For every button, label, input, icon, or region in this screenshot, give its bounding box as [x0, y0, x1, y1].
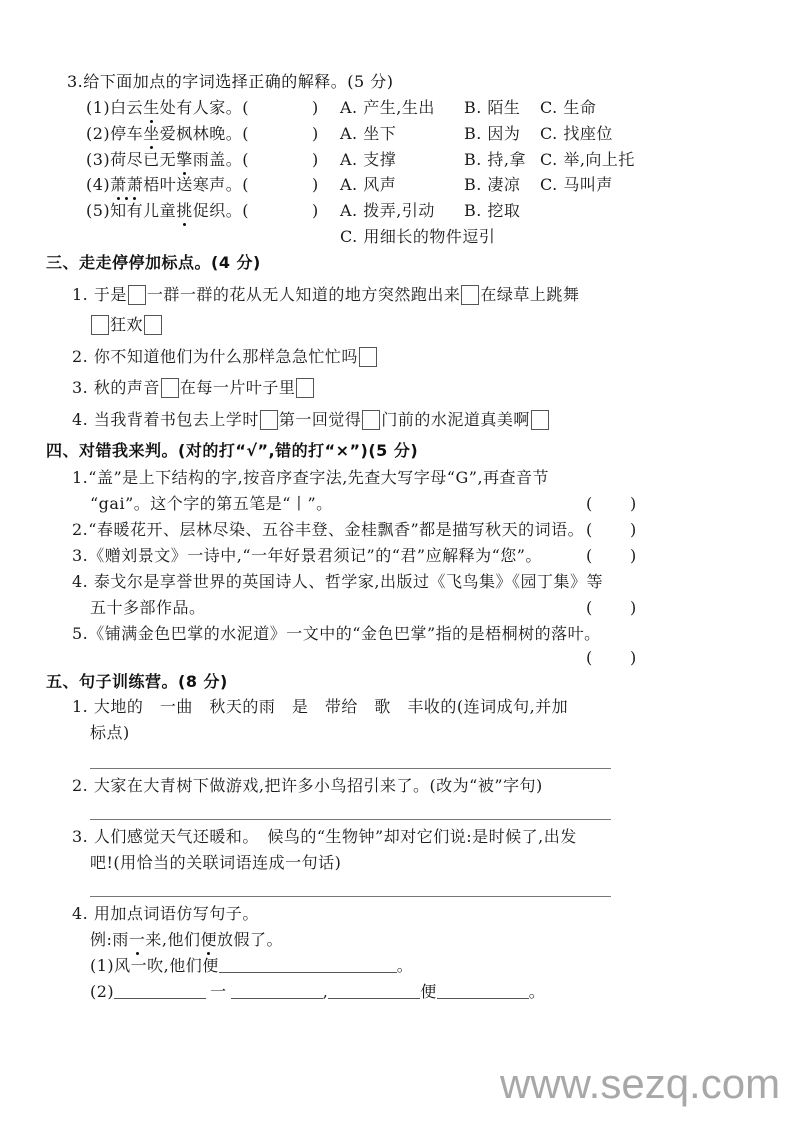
text: 一群一群的花从无人知道的地方突然跑出来 [147, 285, 461, 304]
fill-blank[interactable] [437, 982, 529, 999]
answer-blank-close[interactable]: ) [312, 175, 318, 195]
s5-q3-line2: 吧!(用恰当的关联词语连成一句话) [90, 853, 341, 873]
judge-paren-open[interactable]: ( [586, 648, 592, 668]
dotted-char: 生 [143, 98, 160, 118]
s5-q1-line1: 1. 大地的 一曲 秋天的雨 是 带给 歌 丰收的(连词成句,并加 [72, 697, 568, 717]
dotted-char: 坐 [143, 124, 160, 144]
item-number: (5) [86, 201, 110, 220]
text: 狂欢 [110, 315, 143, 334]
text: 第一回觉得 [279, 410, 362, 429]
dotted-char: 擎 [176, 150, 193, 170]
s4-q4-line1: 4. 泰戈尔是享誉世界的英国诗人、哲学家,出版过《飞鸟集》《园丁集》等 [72, 572, 603, 592]
judge-paren-open[interactable]: ( [586, 598, 592, 618]
item-number: (2) [86, 124, 110, 143]
judge-paren-close[interactable]: ) [630, 648, 636, 668]
option-c: C. 马叫声 [540, 175, 613, 195]
s5-q1-line2: 标点) [90, 723, 130, 743]
s5-q4-2: (2)一,便。 [90, 982, 545, 1002]
s5-q2: 2. 大家在大青树下做游戏,把许多小鸟招引来了。(改为“被”字句) [72, 776, 543, 796]
section-4-heading: 四、对错我来判。(对的打“√”,错的打“×”)(5 分) [46, 441, 418, 461]
answer-blank-close[interactable]: ) [312, 201, 318, 221]
dotted-char: 萧 [127, 175, 144, 195]
answer-line-3[interactable] [90, 896, 611, 897]
item-text: 雨盖。( [193, 150, 249, 169]
punctuation-box[interactable] [260, 410, 278, 430]
text: 在每一片叶子里 [180, 378, 296, 397]
option-c: C. 找座位 [540, 124, 613, 144]
option-a: A. 风声 [340, 175, 396, 195]
text: 4. 当我背着书包去上学时 [72, 410, 259, 429]
option-b: B. 持,拿 [464, 150, 526, 170]
judge-paren-open[interactable]: ( [586, 520, 592, 540]
judge-paren-close[interactable]: ) [630, 520, 636, 540]
s3-q1-line2: 狂欢 [90, 315, 163, 335]
text: 。 [397, 956, 414, 975]
text: 门前的水泥道真美啊 [381, 410, 530, 429]
judge-paren-close[interactable]: ) [630, 546, 636, 566]
option-a: A. 支撑 [340, 150, 396, 170]
option-a: A. 产生,生出 [340, 98, 435, 118]
item-text: 促织。( [193, 201, 249, 220]
s4-q4-line2: 五十多部作品。 [90, 598, 206, 618]
text: 便 [420, 982, 437, 1001]
option-c: C. 生命 [540, 98, 596, 118]
dotted-char: 挑 [176, 201, 193, 221]
option-b: B. 因为 [464, 124, 520, 144]
text: 2. 你不知道他们为什么那样急急忙忙吗 [72, 347, 358, 366]
s5-q4-1: (1)风一吹,他们便。 [90, 956, 413, 976]
item-text: 爱枫林晚。( [160, 124, 249, 143]
judge-paren-close[interactable]: ) [630, 494, 636, 514]
punctuation-box[interactable] [296, 378, 314, 398]
fill-blank[interactable] [114, 982, 206, 999]
fill-blank[interactable] [328, 982, 420, 999]
punctuation-box[interactable] [161, 378, 179, 398]
answer-line-2[interactable] [90, 819, 611, 820]
fill-blank[interactable] [231, 982, 323, 999]
item-text: 荷尽已无 [110, 150, 176, 169]
punctuation-box[interactable] [91, 315, 109, 335]
item-text: 停车 [110, 124, 143, 143]
item-text: 梧叶送寒声。( [143, 175, 249, 194]
text: 来,他们 [145, 930, 200, 949]
text: 在绿草上跳舞 [480, 285, 579, 304]
s4-q5: 5.《铺满金色巴掌的水泥道》一文中的“金色巴掌”指的是梧桐树的落叶。 [72, 624, 601, 644]
q3-item-4: (4)萧萧梧叶送寒声。( [86, 175, 249, 195]
punctuation-box[interactable] [144, 315, 162, 335]
option-a: A. 坐下 [340, 124, 396, 144]
answer-line-1[interactable] [90, 768, 611, 769]
item-number: (4) [86, 175, 110, 194]
s4-q2: 2.“春暖花开、层林尽染、五谷丰登、金桂飘香”都是描写秋天的词语。 [72, 520, 584, 540]
section-3-heading: 三、走走停停加标点。(4 分) [46, 253, 261, 273]
text: 1. 于是 [72, 285, 127, 304]
dotted-char: 便 [201, 930, 218, 950]
text: 例:雨 [90, 930, 129, 949]
punctuation-box[interactable] [128, 285, 146, 305]
text: 3. 秋的声音 [72, 378, 160, 397]
s3-q3: 3. 秋的声音在每一片叶子里 [72, 378, 315, 398]
item-text: 处有人家。( [160, 98, 249, 117]
s5-q4-example: 例:雨一来,他们便放假了。 [90, 930, 283, 950]
judge-paren-close[interactable]: ) [630, 598, 636, 618]
s4-q1-line2: “gai”。这个字的第五笔是“丨”。 [90, 494, 333, 514]
q3-item-2: (2)停车坐爱枫林晚。( [86, 124, 249, 144]
punctuation-box[interactable] [461, 285, 479, 305]
answer-blank-close[interactable]: ) [312, 98, 318, 118]
dotted-char: 萧萧 [110, 175, 143, 195]
option-b: B. 挖取 [464, 201, 520, 221]
dotted-char: 一 [129, 930, 146, 950]
s5-q3-line1: 3. 人们感觉天气还暖和。 候鸟的“生物钟”却对它们说:是时候了,出发 [72, 827, 577, 847]
judge-paren-open[interactable]: ( [586, 494, 592, 514]
text: 放假了。 [217, 930, 283, 949]
answer-blank-close[interactable]: ) [312, 150, 318, 170]
s4-q1-line1: 1.“盖”是上下结构的字,按音序查字法,先查大写字母“G”,再查音节 [72, 468, 549, 488]
q3-item-3: (3)荷尽已无擎雨盖。( [86, 150, 249, 170]
s5-q4-title: 4. 用加点词语仿写句子。 [72, 904, 259, 924]
dotted-char: 萧 [110, 175, 127, 195]
punctuation-box[interactable] [362, 410, 380, 430]
option-a: A. 拨弄,引动 [340, 201, 435, 221]
option-c: C. 举,向上托 [540, 150, 635, 170]
q3-title: 3.给下面加点的字词选择正确的解释。(5 分) [67, 72, 394, 92]
s3-q2: 2. 你不知道他们为什么那样急急忙忙吗 [72, 347, 378, 367]
option-b: B. 凄凉 [464, 175, 520, 195]
answer-blank-close[interactable]: ) [312, 124, 318, 144]
q3-item-5: (5)知有儿童挑促织。( [86, 201, 249, 221]
option-c: C. 用细长的物件逗引 [340, 227, 495, 247]
punctuation-box[interactable] [531, 410, 549, 430]
item-text: 白云 [110, 98, 143, 117]
item-number: (1) [86, 98, 110, 117]
fill-blank[interactable] [219, 956, 397, 973]
q3-item-1: (1)白云生处有人家。( [86, 98, 249, 118]
section-5-heading: 五、句子训练营。(8 分) [46, 672, 228, 692]
item-text: 知有儿童 [110, 201, 176, 220]
text: 。 [529, 982, 546, 1001]
s3-q1-line1: 1. 于是一群一群的花从无人知道的地方突然跑出来在绿草上跳舞 [72, 285, 579, 305]
s3-q4: 4. 当我背着书包去上学时第一回觉得门前的水泥道真美啊 [72, 410, 550, 430]
s4-q3: 3.《赠刘景文》一诗中,“一年好景君须记”的“君”应解释为“您”。 [72, 546, 542, 566]
option-b: B. 陌生 [464, 98, 520, 118]
item-number: (3) [86, 150, 110, 169]
text: (2) [90, 982, 114, 1001]
text: (1)风一吹,他们便 [90, 956, 219, 975]
text: 一 [210, 982, 227, 1001]
watermark: www.sezq.com [500, 1060, 780, 1108]
punctuation-box[interactable] [359, 347, 377, 367]
judge-paren-open[interactable]: ( [586, 546, 592, 566]
